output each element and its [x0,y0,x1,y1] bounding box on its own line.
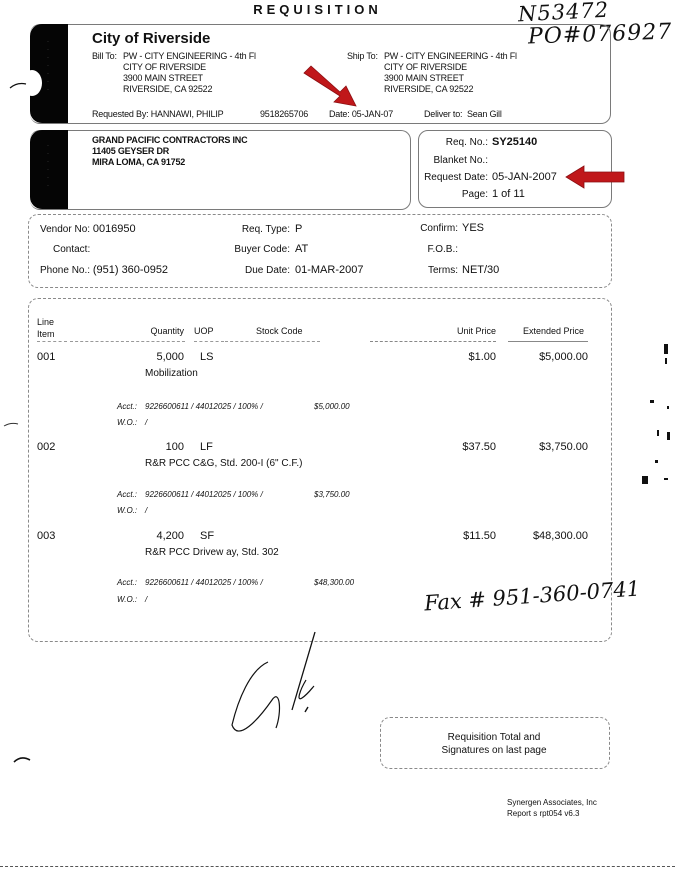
vendor-tab-dots: ······ [44,142,52,190]
req-no-label: Req. No.: [400,137,488,148]
row-wo-label: W.O.: [117,418,137,427]
row-wo: / [145,595,147,604]
ship-to-line: RIVERSIDE, CA 92522 [384,84,517,95]
deliver-to: Deliver to: Sean Gill [424,109,502,119]
ship-to-address: PW - CITY ENGINEERING - 4th Fl CITY OF R… [384,51,517,95]
col-header-uop: UOP [194,326,214,336]
deliver-to-value: Sean Gill [467,109,502,119]
header-date: Date: 05-JAN-07 [329,109,393,119]
req-no-value: SY25140 [492,136,537,148]
header-underline [194,341,224,342]
confirm-value: YES [462,222,484,234]
row-acct-amount: $5,000.00 [314,402,350,411]
row-acct-label: Acct.: [117,578,137,587]
row-quantity: 4,200 [120,530,184,542]
requested-by-value: HANNAWI, PHILIP [151,109,224,119]
bill-to-address: PW - CITY ENGINEERING - 4th Fl CITY OF R… [123,51,256,95]
row-acct: 9226600611 / 44012025 / 100% / [145,402,263,411]
terms-label: Terms: [390,265,458,276]
punch-mark-icon [12,754,32,764]
bill-to-line: RIVERSIDE, CA 92522 [123,84,256,95]
row-line: 002 [37,441,55,453]
row-description: Mobilization [145,368,198,379]
req-type-value: P [295,223,302,235]
row-extended-price: $48,300.00 [500,530,588,542]
fob-label: F.O.B.: [390,244,458,255]
confirm-label: Confirm: [390,223,458,234]
contact: Contact: [53,244,90,255]
row-wo-label: W.O.: [117,506,137,515]
bill-to-line: PW - CITY ENGINEERING - 4th Fl [123,51,256,62]
scan-specks-icon [640,340,675,500]
vendor-no-label: Vendor No: [40,224,90,235]
row-line: 003 [37,530,55,542]
punch-mark-icon [2,420,22,428]
row-uop: LS [200,351,213,363]
row-acct-label: Acct.: [117,402,137,411]
terms-value: NET/30 [462,264,499,276]
row-quantity: 5,000 [120,351,184,363]
row-acct: 9226600611 / 44012025 / 100% / [145,490,263,499]
due-date-label: Due Date: [200,265,290,276]
contact-label: Contact: [53,244,90,255]
blanket-no-label: Blanket No.: [400,155,488,166]
row-acct-amount: $48,300.00 [314,578,354,587]
bill-to-label: Bill To: [92,51,117,61]
header-date-label: Date: [329,109,350,119]
vendor-phone-label: Phone No.: [40,265,90,276]
row-wo: / [145,506,147,515]
vendor-address1: 11405 GEYSER DR [92,146,247,157]
org-name: City of Riverside [92,30,210,47]
header-underline [508,341,588,342]
col-header-quantity: Quantity [120,326,184,336]
header-underline [225,341,320,342]
total-note-line1: Requisition Total and [380,731,608,744]
vendor-phone: Phone No.: (951) 360-0952 [40,264,168,276]
ship-to-label: Ship To: [347,51,378,61]
header-underline [37,341,67,342]
row-unit-price: $1.00 [420,351,496,363]
col-header-line: Line [37,316,55,328]
request-date-label: Request Date: [400,172,488,183]
report-footer: Synergen Associates, Inc Report s rpt054… [507,797,597,819]
bill-to-line: CITY OF RIVERSIDE [123,62,256,73]
footer-company: Synergen Associates, Inc [507,797,597,808]
page-label: Page: [400,189,488,200]
requested-by-label: Requested By: [92,109,148,119]
row-extended-price: $3,750.00 [500,441,588,453]
col-header-line-item: Line Item [37,316,55,340]
total-note: Requisition Total and Signatures on last… [380,731,608,757]
deliver-to-label: Deliver to: [424,109,462,119]
row-uop: LF [200,441,213,453]
header-date-value: 05-JAN-07 [352,109,393,119]
requester-phone: 9518265706 [260,109,308,119]
bottom-scan-edge [0,866,675,867]
row-wo-label: W.O.: [117,595,137,604]
buyer-code-value: AT [295,243,308,255]
signature-scribble-icon [220,630,320,740]
row-description: R&R PCC C&G, Std. 200-I (6" C.F.) [145,458,302,469]
row-quantity: 100 [120,441,184,453]
due-date-value: 01-MAR-2007 [295,264,363,276]
col-header-extended-price: Extended Price [500,326,584,336]
header-underline [370,341,496,342]
header-underline [70,341,185,342]
col-header-item: Item [37,328,55,340]
header-tab-dots: ······· [44,38,52,94]
row-acct-amount: $3,750.00 [314,490,350,499]
red-arrow-date-icon [300,64,360,108]
row-acct: 9226600611 / 44012025 / 100% / [145,578,263,587]
row-description: R&R PCC Drivew ay, Std. 302 [145,547,279,558]
row-extended-price: $5,000.00 [500,351,588,363]
vendor-no: Vendor No: 0016950 [40,223,136,235]
row-line: 001 [37,351,55,363]
vendor-phone-value: (951) 360-0952 [93,264,168,276]
total-note-line2: Signatures on last page [380,744,608,757]
ship-to-line: 3900 MAIN STREET [384,73,517,84]
col-header-unit-price: Unit Price [420,326,496,336]
vendor-address: GRAND PACIFIC CONTRACTORS INC 11405 GEYS… [92,135,247,168]
row-unit-price: $37.50 [420,441,496,453]
ship-to-line: CITY OF RIVERSIDE [384,62,517,73]
bill-to-line: 3900 MAIN STREET [123,73,256,84]
row-wo: / [145,418,147,427]
request-date-value: 05-JAN-2007 [492,171,557,183]
buyer-code-label: Buyer Code: [200,244,290,255]
row-unit-price: $11.50 [420,530,496,542]
red-arrow-request-date-icon [564,164,626,190]
requested-by: Requested By: HANNAWI, PHILIP [92,109,223,119]
row-uop: SF [200,530,214,542]
vendor-name: GRAND PACIFIC CONTRACTORS INC [92,135,247,146]
vendor-address2: MIRA LOMA, CA 91752 [92,157,247,168]
col-header-stock-code: Stock Code [256,326,303,336]
req-type-label: Req. Type: [200,224,290,235]
vendor-no-value: 0016950 [93,223,136,235]
page-value: 1 of 11 [492,188,525,200]
ship-to-line: PW - CITY ENGINEERING - 4th Fl [384,51,517,62]
punch-mark-icon [8,80,28,90]
row-acct-label: Acct.: [117,490,137,499]
footer-report: Report s rpt054 v6.3 [507,808,597,819]
